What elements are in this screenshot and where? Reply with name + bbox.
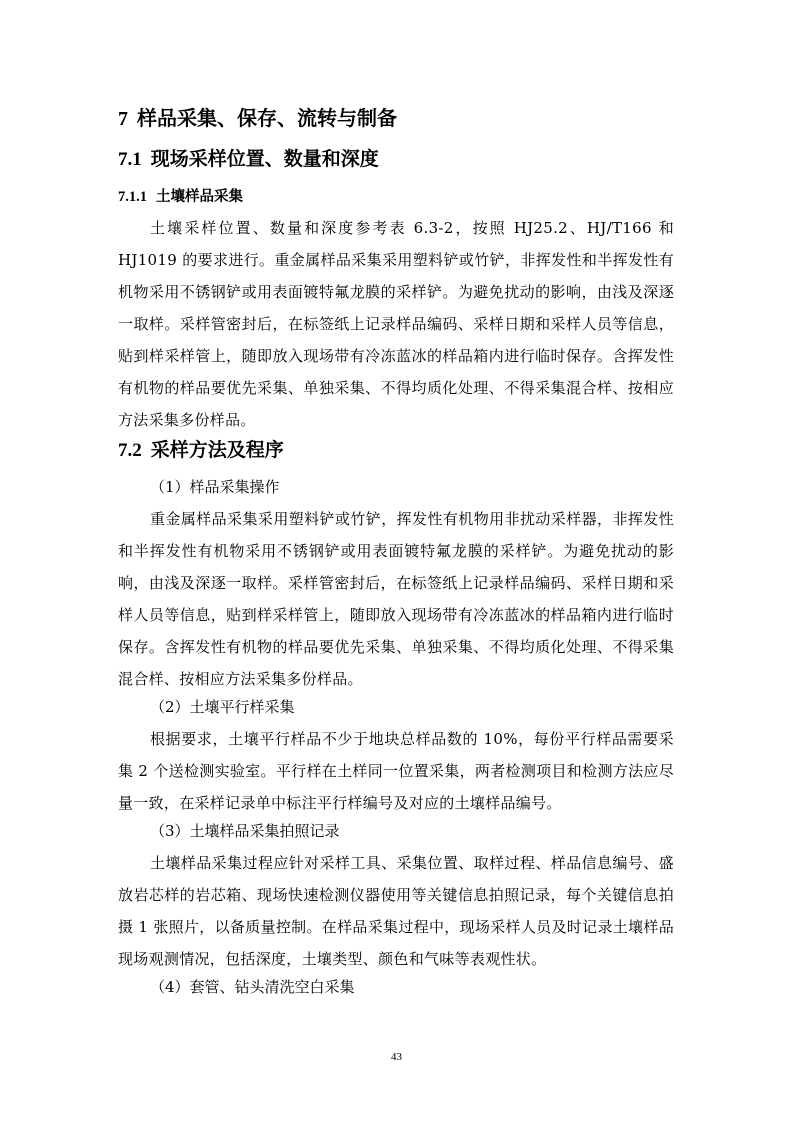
section-7-1-number: 7.1 [118, 149, 142, 170]
section-7-1-title: 现场采样位置、数量和深度 [151, 148, 379, 170]
item-2-paragraph: 根据要求，土壤平行样品不少于地块总样品数的 10%，每份平行样品需要采集 2 个… [118, 723, 674, 819]
section-7-2-heading: 7.2采样方法及程序 [118, 436, 284, 465]
section-7-2-title: 采样方法及程序 [151, 439, 284, 461]
page-number: 43 [0, 1051, 793, 1063]
item-3-label: （3）土壤样品采集拍照记录 [150, 815, 340, 847]
chapter-title: 样品采集、保存、流转与制备 [137, 106, 397, 130]
chapter-heading: 7样品采集、保存、流转与制备 [118, 104, 397, 133]
section-7-1-1-number: 7.1.1 [118, 189, 147, 205]
chapter-number: 7 [118, 108, 128, 130]
section-7-1-1-title: 土壤样品采集 [156, 189, 243, 205]
item-4-label: （4）套管、钻头清洗空白采集 [150, 971, 355, 1003]
item-2-label: （2）土壤平行样采集 [150, 691, 295, 723]
section-7-1-heading: 7.1现场采样位置、数量和深度 [118, 145, 379, 174]
item-1-paragraph: 重金属样品采集采用塑料铲或竹铲，挥发性有机物用非扰动采样器，非挥发性和半挥发性有… [118, 503, 674, 695]
section-7-1-1-heading: 7.1.1土壤样品采集 [118, 186, 243, 208]
item-3-paragraph: 土壤样品采集过程应针对采样工具、采集位置、取样过程、样品信息编号、盛放岩芯样的岩… [118, 847, 674, 975]
item-1-label: （1）样品采集操作 [150, 471, 280, 503]
section-7-2-number: 7.2 [118, 440, 142, 461]
soil-sampling-paragraph: 土壤采样位置、数量和深度参考表 6.3-2，按照 HJ25.2、HJ/T166 … [118, 212, 674, 436]
